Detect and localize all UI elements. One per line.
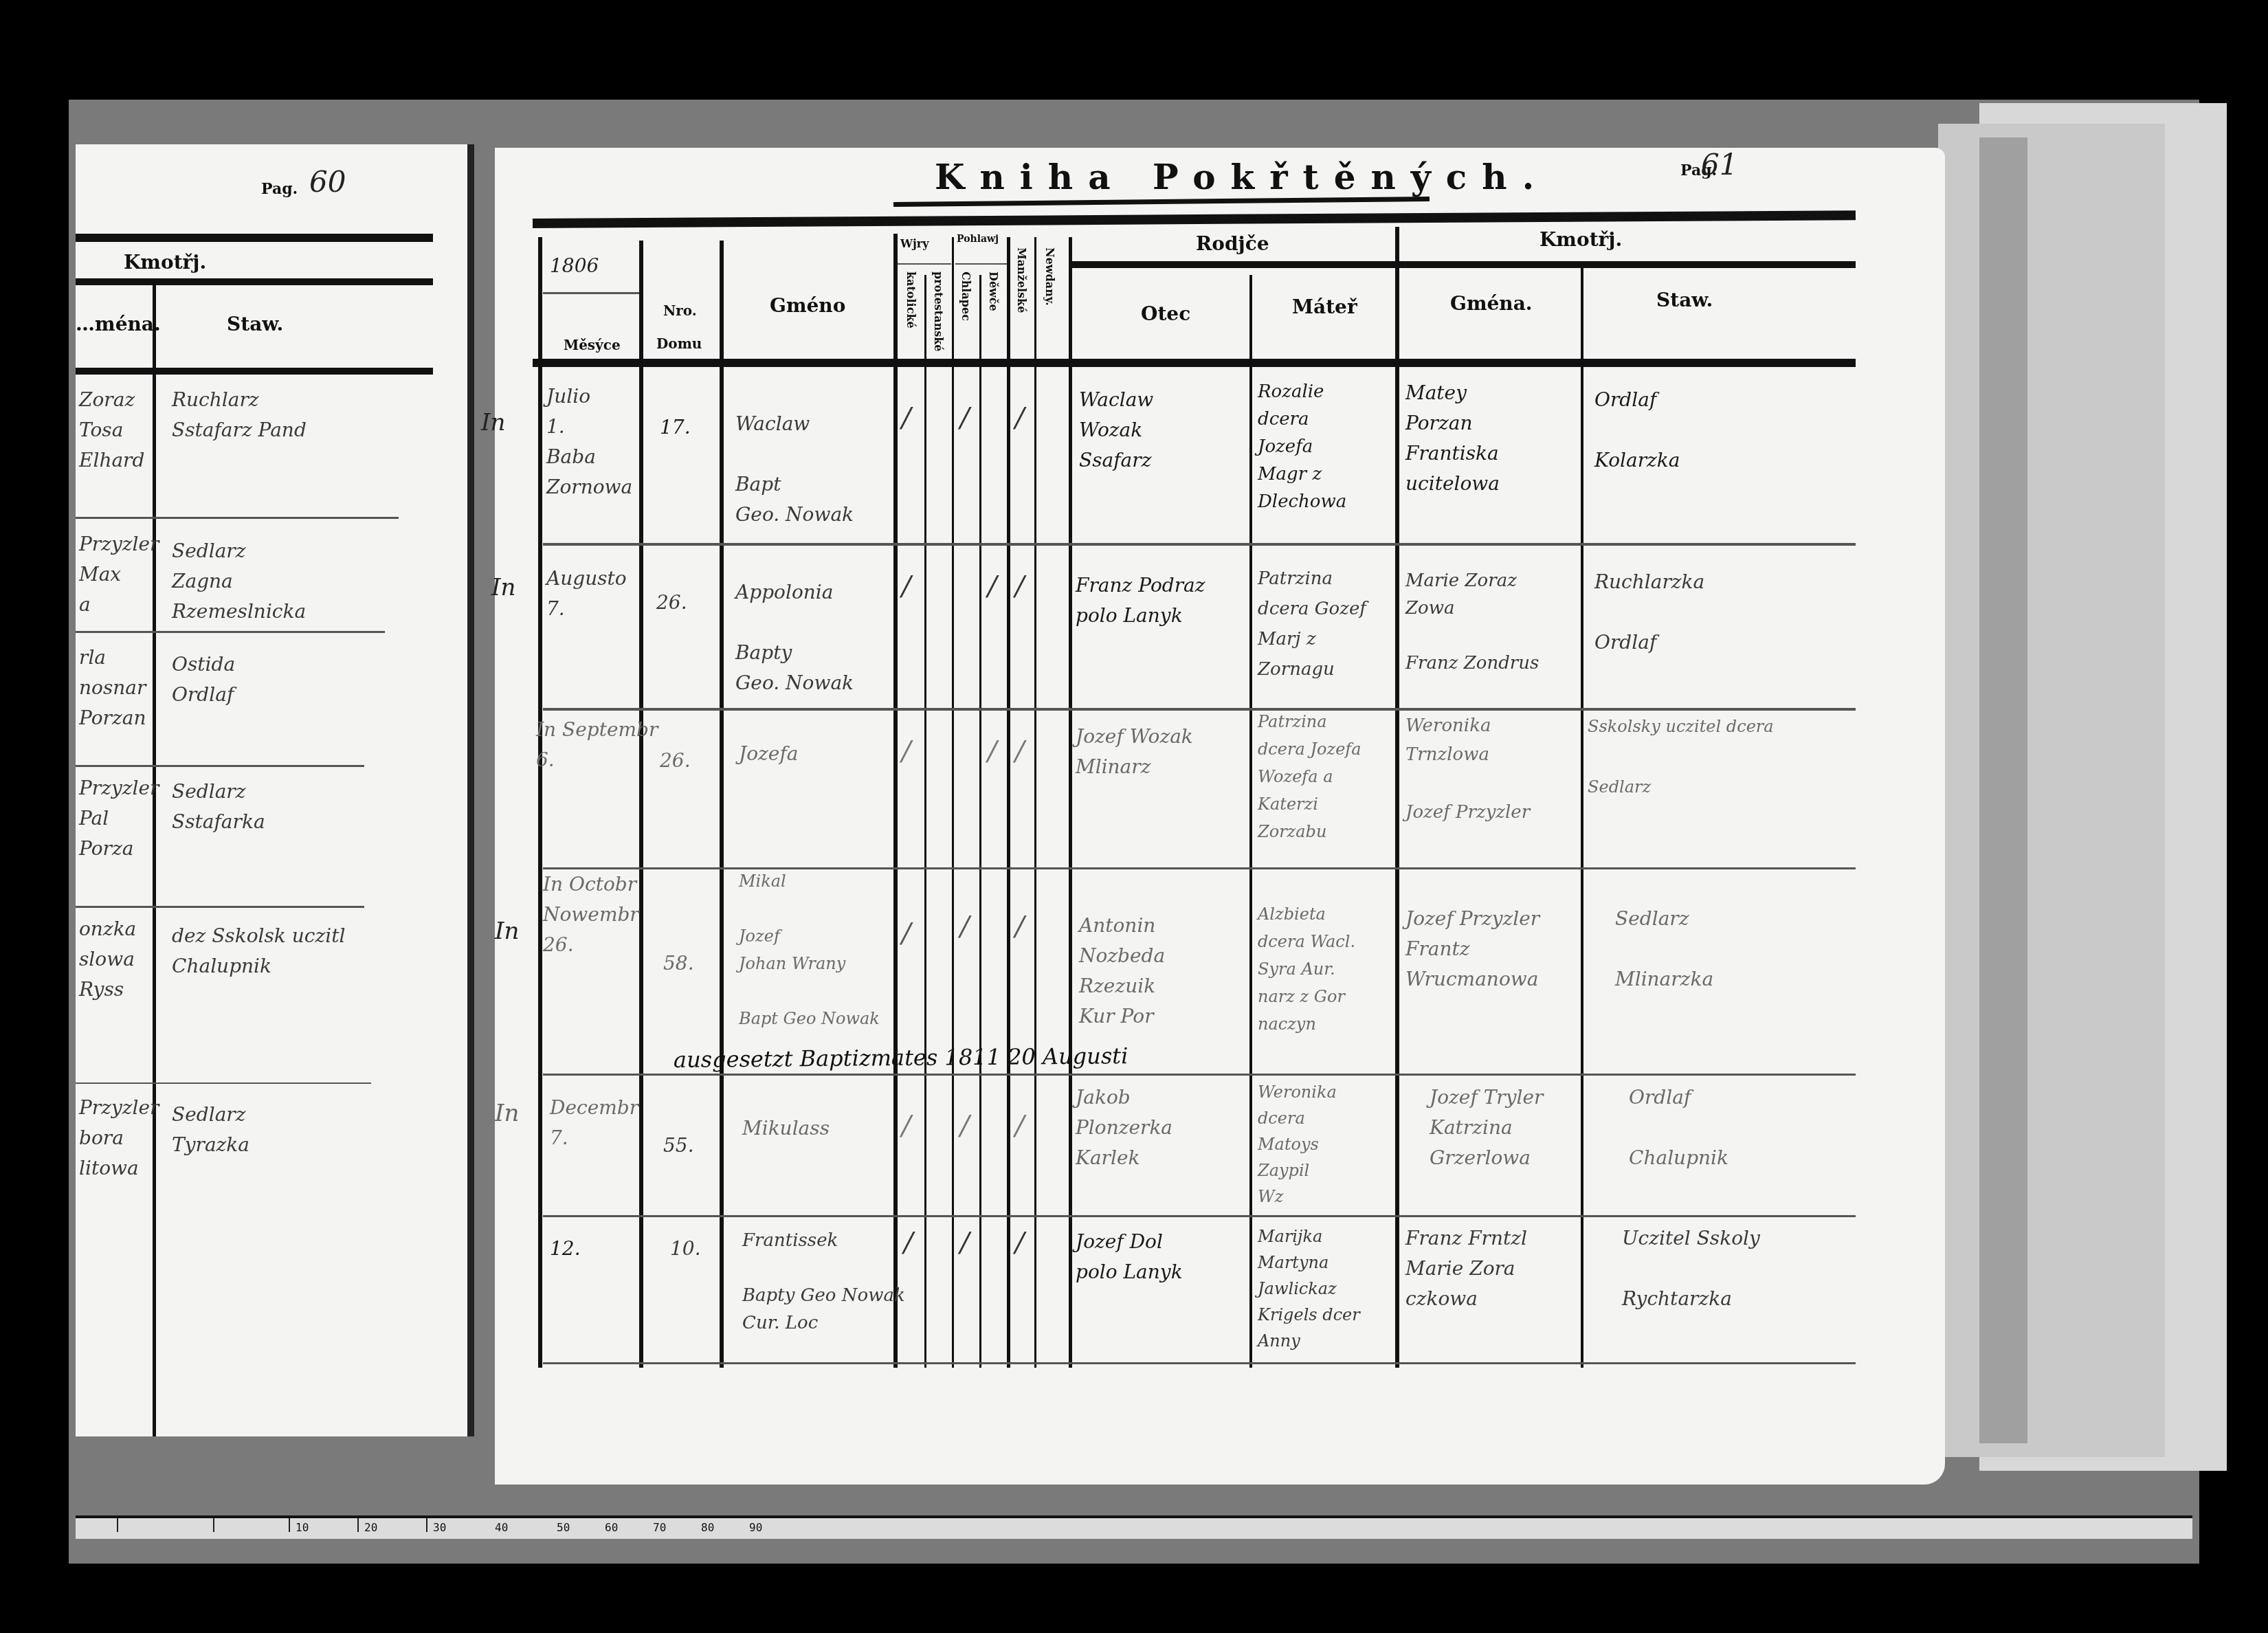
ruler-tick <box>426 1518 427 1532</box>
row-divider <box>543 1362 1856 1364</box>
entry-6-mesyce: 12. <box>550 1234 643 1264</box>
entry-1-otec: Waclaw Wozak Ssafarz <box>1079 385 1247 476</box>
ruler-label: 30 <box>433 1521 446 1534</box>
col-line-chlapec <box>979 275 981 1368</box>
year-divider <box>543 292 639 294</box>
col-line-mesyce <box>538 237 542 1368</box>
entry-4-otec: Antonin Nozbeda Rzezuik Kur Por <box>1079 911 1251 1032</box>
entry-3-manzelske-mark: / <box>1015 735 1024 767</box>
entry-3-mater: Patrzina dcera Jozefa Wozefa a Katerzi Z… <box>1258 708 1395 845</box>
left-col-gmena: …ména. <box>76 313 161 335</box>
entry-1-margin: In <box>481 409 505 436</box>
entry-3-kmotri-gmena: Weronika Trnzlowa Jozef Przyzler <box>1405 711 1577 827</box>
header-protestanske: protestanské <box>932 271 945 352</box>
entry-2-dewce-mark: / <box>988 570 997 602</box>
entry-3-mesyce: In Septembr 6. <box>536 715 722 775</box>
entry-4-katolicke-mark: / <box>902 918 911 949</box>
entry-3-katolicke-mark: / <box>902 735 911 767</box>
entry-4-margin: In <box>495 918 519 945</box>
entry-4-kmotri-gmena: Jozef Przyzler Frantz Wrucmanowa <box>1405 904 1584 995</box>
left-row-3-staw: Ostida Ordlaf <box>172 649 433 710</box>
entry-6-domu: 10. <box>670 1234 701 1264</box>
entry-3-dewce-mark: / <box>988 735 997 767</box>
entry-1-domu: 17. <box>660 412 691 443</box>
entry-5-kmotri-staw: Ordlaf Chalupnik <box>1629 1082 1849 1173</box>
row-divider <box>543 1074 1856 1076</box>
entry-2-mesyce: Augusto 7. <box>546 564 639 624</box>
entry-6-kmotri-staw: Uczitel Sskoly Rychtarzka <box>1622 1223 1849 1314</box>
header-nro: Nro. <box>663 302 697 319</box>
ruler-tick <box>289 1518 290 1532</box>
entry-1-katolicke-mark: / <box>902 402 911 434</box>
ruler-label: 60 <box>605 1521 618 1534</box>
entry-1-gmeno: Waclaw Bapt Geo. Nowak <box>735 409 893 530</box>
entry-4-manzelske-mark: / <box>1015 911 1024 942</box>
left-row-5-staw: dez Sskolsk uczitl Chalupnik <box>172 921 433 981</box>
entry-5-otec: Jakob Plonzerka Karlek <box>1076 1082 1247 1173</box>
entry-1-chlapec-mark: / <box>960 402 969 434</box>
entry-5-manzelske-mark: / <box>1015 1110 1024 1142</box>
col-line-wjry <box>893 234 898 1368</box>
ruler-label: 80 <box>701 1521 714 1534</box>
left-row-2-staw: Sedlarz Zagna Rzemeslnicka <box>172 536 433 627</box>
entry-6-chlapec-mark: / <box>960 1227 969 1258</box>
left-row-4-staw: Sedlarz Sstafarka <box>172 777 433 837</box>
entry-5-kmotri-gmena: Jozef Tryler Katrzina Grzerlowa <box>1430 1082 1581 1173</box>
row-divider <box>543 543 1856 546</box>
ruler-tick <box>117 1518 118 1532</box>
entry-4-mater: Alzbieta dcera Wacl. Syra Aur. narz z Go… <box>1258 900 1395 1038</box>
ruler-tick <box>357 1518 359 1532</box>
left-row-5-gmena: onzka slowa Ryss <box>79 914 155 1005</box>
entry-3-gmeno: Jozefa <box>739 739 897 769</box>
ruler-label: 10 <box>296 1521 309 1534</box>
entry-4-domu: 58. <box>663 948 694 979</box>
entry-2-otec: Franz Podraz polo Lanyk <box>1076 570 1247 631</box>
left-kmotri-header: Kmotřj. <box>124 251 206 274</box>
entry-2-katolicke-mark: / <box>902 570 911 602</box>
baptism-annotation: ausgesetzt Baptizmates 1811 20 Augusti <box>674 1043 1129 1073</box>
entry-4-kmotri-staw: Sedlarz Mlinarzka <box>1615 904 1849 995</box>
header-pohlawj: Pohlawj <box>957 234 999 245</box>
col-line-katolicke <box>924 275 926 1368</box>
col-line-otec <box>1069 237 1072 1368</box>
scan-ruler: 10 20 30 40 50 60 70 80 90 <box>76 1515 2192 1539</box>
entry-2-gmeno: Appolonia Bapty Geo. Nowak <box>735 577 893 698</box>
page-shadow <box>1979 137 2027 1443</box>
ruler-label: 40 <box>495 1521 508 1534</box>
left-row-divider <box>76 1082 371 1084</box>
register-year: 1806 <box>550 254 599 277</box>
left-row-divider <box>76 631 385 633</box>
left-row-divider <box>76 517 399 519</box>
left-row-3-gmena: rla nosnar Porzan <box>79 643 155 733</box>
entry-6-manzelske-mark: / <box>1015 1227 1024 1258</box>
entry-1-kmotri-gmena: Matey Porzan Frantiska ucitelowa <box>1405 378 1577 499</box>
header-kmotri-staw: Staw. <box>1656 289 1713 311</box>
col-line-gmeno <box>720 241 724 1368</box>
pohlawj-divider <box>955 263 1007 265</box>
left-page-label: Pag. <box>261 180 298 198</box>
entry-4-chlapec-mark: / <box>960 911 969 942</box>
left-row-6-gmena: Przyzler bora litowa <box>79 1093 155 1184</box>
left-row-6-staw: Sedlarz Tyrazka <box>172 1100 433 1160</box>
header-dewce: Děwče <box>987 271 1000 311</box>
row-divider <box>543 1215 1856 1217</box>
ruler-tick <box>213 1518 214 1532</box>
entry-3-kmotri-staw: Sskolsky uczitel dcera Sedlarz <box>1588 711 1856 802</box>
entry-4-mesyce: In Octobr Nowembr 26. <box>543 869 722 960</box>
entry-1-kmotri-staw: Ordlaf Kolarzka <box>1594 385 1842 476</box>
header-kmotri: Kmotřj. <box>1539 228 1622 251</box>
entry-3-domu: 26. <box>660 746 691 776</box>
entry-2-kmotri-gmena: Marie Zoraz Zowa Franz Zondrus <box>1405 567 1577 677</box>
right-page-number: 61 <box>1701 148 1737 181</box>
header-chlapec: Chlapec <box>959 271 972 321</box>
header-newdany: Newdany. <box>1043 247 1056 306</box>
col-line-newdany <box>1034 237 1036 1368</box>
left-col-staw: Staw. <box>227 313 283 335</box>
header-rodice: Rodjče <box>1196 232 1269 255</box>
entry-2-manzelske-mark: / <box>1015 570 1024 602</box>
entry-5-domu: 55. <box>663 1131 694 1161</box>
entry-1-mesyce: Julio 1. Baba Zornowa <box>546 381 639 502</box>
entry-6-katolicke-mark: / <box>904 1227 913 1258</box>
entry-5-gmeno: Mikulass <box>742 1113 893 1144</box>
col-line-mater <box>1249 275 1252 1368</box>
left-row-1-gmena: Zoraz Tosa Elhard <box>79 385 155 476</box>
entry-6-gmeno: Frantissek Bapty Geo Nowak Cur. Loc <box>742 1227 914 1337</box>
rodice-kmotri-sub-rule <box>1072 261 1856 268</box>
header-bottom-rule <box>533 359 1856 367</box>
col-line-kmotri <box>1395 227 1399 1368</box>
header-domu: Domu <box>656 335 702 352</box>
entry-5-katolicke-mark: / <box>902 1110 911 1142</box>
entry-2-mater: Patrzina dcera Gozef Marj z Zornagu <box>1258 564 1395 685</box>
left-header-bottom-rule <box>76 368 433 375</box>
left-page-number: 60 <box>309 165 346 199</box>
col-line-manzelske <box>1007 237 1010 1368</box>
entry-5-mesyce: Decembr 7. <box>550 1093 643 1153</box>
left-top-rule <box>76 234 433 242</box>
ruler-label: 70 <box>653 1521 666 1534</box>
left-row-divider <box>76 906 364 908</box>
header-mesyce: Měsýce <box>564 337 621 353</box>
header-otec: Otec <box>1141 302 1190 325</box>
entry-4-gmeno: Mikal Jozef Johan Wrany Bapt Geo Nowak <box>739 867 897 1032</box>
back-sheet-edge <box>1938 124 2165 1457</box>
header-mater: Máteř <box>1292 296 1357 318</box>
left-row-1-staw: Ruchlarz Sstafarz Pand <box>172 385 433 445</box>
entry-6-otec: Jozef Dol polo Lanyk <box>1076 1227 1247 1287</box>
col-line-pohlawj <box>952 237 954 1368</box>
header-kmotri-gmena: Gména. <box>1450 292 1533 315</box>
register-title: Kniha Pokřtěných. <box>935 157 1549 197</box>
entry-5-chlapec-mark: / <box>960 1110 969 1142</box>
entry-2-margin: In <box>491 574 515 601</box>
ruler-label: 90 <box>749 1521 762 1534</box>
entry-6-kmotri-gmena: Franz Frntzl Marie Zora czkowa <box>1405 1223 1577 1314</box>
col-line-staw <box>1581 268 1583 1368</box>
header-manzelske: Manželské <box>1015 247 1028 313</box>
entry-1-mater: Rozalie dcera Jozefa Magr z Dlechowa <box>1258 378 1395 515</box>
left-row-divider <box>76 765 364 767</box>
header-katolicke: katolické <box>904 271 918 329</box>
entry-2-kmotri-staw: Ruchlarzka Ordlaf <box>1594 567 1842 658</box>
ruler-label: 20 <box>364 1521 377 1534</box>
entry-6-mater: Marijka Martyna Jawlickaz Krigels dcer A… <box>1258 1223 1395 1354</box>
entry-3-otec: Jozef Wozak Mlinarz <box>1076 722 1247 782</box>
entry-5-mater: Weronika dcera Matoys Zaypil Wz <box>1258 1079 1395 1210</box>
left-row-2-gmena: Przyzler Max a <box>79 529 155 620</box>
left-row-4-gmena: Przyzler Pal Porza <box>79 773 155 864</box>
wjry-divider <box>898 263 951 265</box>
header-gmeno: Gméno <box>770 294 845 317</box>
entry-1-manzelske-mark: / <box>1015 402 1024 434</box>
col-line-domu <box>639 241 643 1368</box>
entry-5-margin: In <box>495 1100 519 1127</box>
ruler-label: 50 <box>557 1521 570 1534</box>
header-wjry: Wjry <box>900 237 929 250</box>
row-divider <box>543 708 1856 711</box>
entry-2-domu: 26. <box>656 588 687 618</box>
left-sub-rule <box>76 278 433 285</box>
